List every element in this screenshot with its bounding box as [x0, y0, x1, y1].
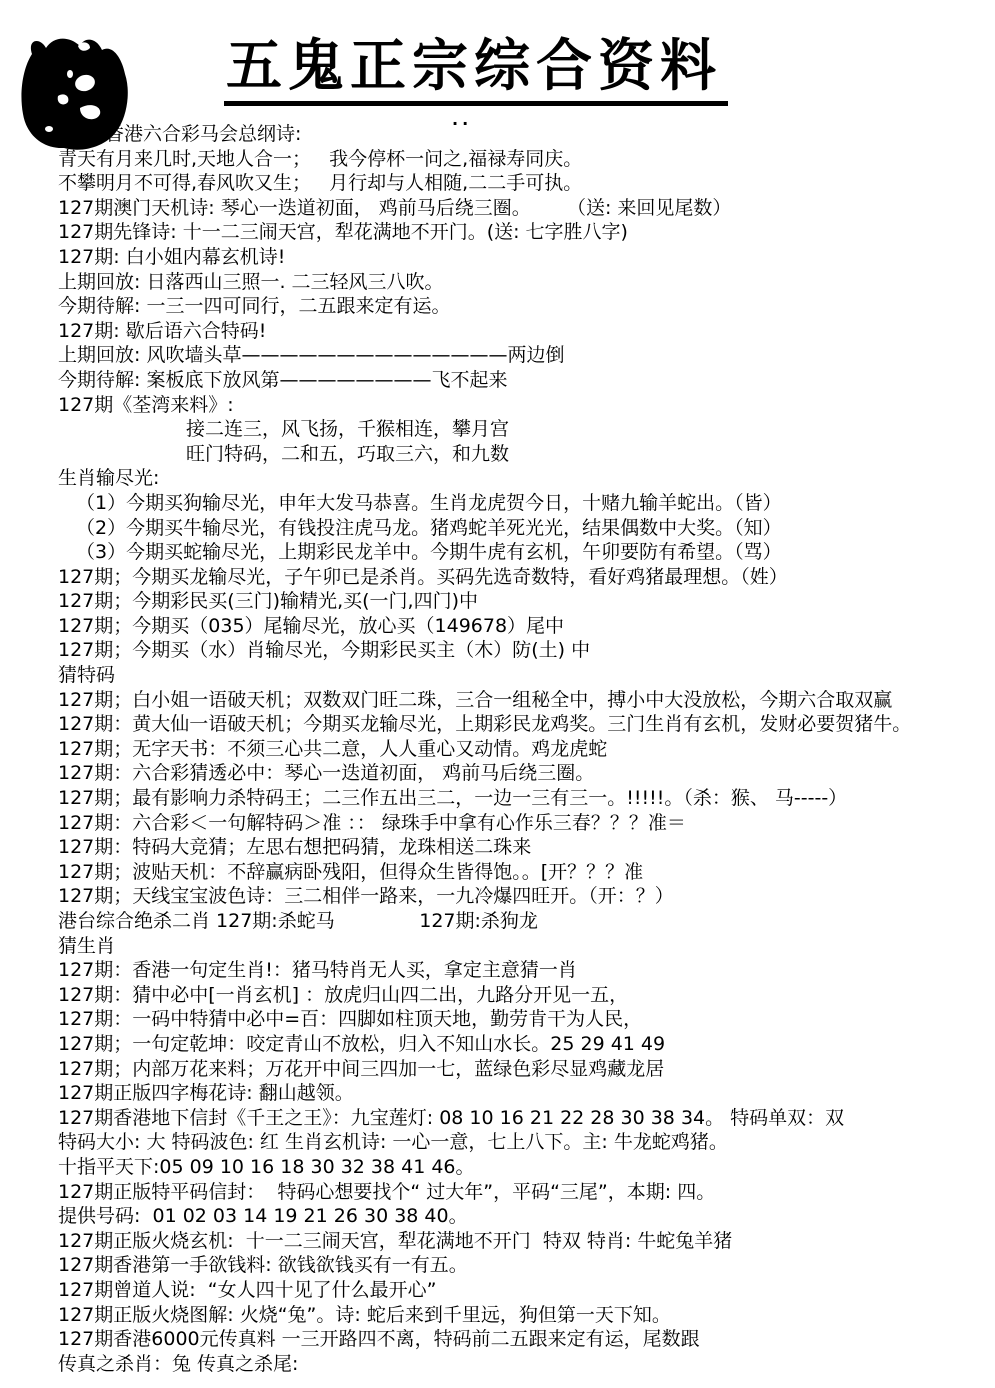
text-line: 127期；今期买龙输尽光，子午卯已是杀肖。买码先选奇数特，看好鸡猪最理想。（姓） [58, 565, 993, 590]
text-line: 提供号码: 01 02 03 14 19 21 26 30 38 40。 [58, 1204, 993, 1229]
text-line: 127期；波贴天机：不辞赢病卧残阳，但得众生皆得饱。。[开？？？准 [58, 860, 993, 885]
text-line: 127期正版四字梅花诗: 翻山越领。 [58, 1081, 993, 1106]
text-line: 127期：六合彩猜透必中：琴心一迭道初面， 鸡前马后绕三圈。 [58, 761, 993, 786]
text-line: 127期：香港一句定生肖!：猪马特肖无人买，拿定主意猜一肖 [58, 958, 993, 983]
text-line: 127期曾道人说: “女人四十见了什么最开心” [58, 1278, 993, 1303]
page-title: 五鬼正宗综合资料 [224, 34, 728, 106]
text-line: （1）今期买狗输尽光，申年大发马恭喜。生肖龙虎贺今日，十赌九输羊蛇出。（皆） [58, 491, 993, 516]
text-line: 猜特码 [58, 663, 993, 688]
text-line: 127期；今期买（035）尾输尽光，放心买（149678）尾中 [58, 614, 993, 639]
text-line: 今期待解: 一三一四可同行，二五跟来定有运。 [58, 294, 993, 319]
text-line: 127期香港地下信封《千王之王》：九宝莲灯: 08 10 16 21 22 28… [58, 1106, 993, 1131]
document-lines: 香港六合彩马会总纲诗:青天有月来几时,天地人合一； 我今停杯一问之,福禄寿同庆。… [58, 122, 993, 1376]
document-page: 五鬼正宗综合资料 .. 香港六合彩马会总纲诗:青天有月来几时,天地人合一； 我今… [0, 0, 995, 1388]
text-line: （3）今期买蛇输尽光，上期彩民龙羊中。今期牛虎有玄机，午卯要防有希望。（骂） [58, 540, 993, 565]
text-line: 上期回放: 风吹墙头草——————————————两边倒 [58, 343, 993, 368]
text-line: 127期正版火烧玄机: 十一二三闹天宫，犁花满地不开门 特双 特肖: 牛蛇兔羊猪 [58, 1229, 993, 1254]
text-line: 127期；一句定乾坤：咬定青山不放松，归入不知山水长。25 29 41 49 [58, 1032, 993, 1057]
text-line: 接二连三，风飞扬，千猴相连，攀月宫 [58, 417, 993, 442]
text-line: 港台综合绝杀二肖 127期:杀蛇马 127期:杀狗龙 [58, 909, 993, 934]
text-line: 生肖输尽光: [58, 466, 993, 491]
text-line: 127期正版特平码信封： 特码心想要找个“ 过大年”，平码“三尾”，本期: 四。 [58, 1180, 993, 1205]
text-line: 上期回放: 日落西山三照一. 二三轻风三八吹。 [58, 270, 993, 295]
text-line: 十指平天下:05 09 10 16 18 30 32 38 41 46。 [58, 1155, 993, 1180]
text-line: 不攀明月不可得,春风吹又生； 月行却与人相随,二二手可执。 [58, 171, 993, 196]
text-line: 127期: 歇后语六合特码! [58, 319, 993, 344]
text-line: 127期；天线宝宝波色诗：三二相伴一路来，一九冷爆四旺开。（开：？） [58, 884, 993, 909]
text-line: 香港六合彩马会总纲诗: [58, 122, 993, 147]
text-line: 127期正版火烧图解: 火烧“兔”。诗: 蛇后来到千里远，狗但第一天下知。 [58, 1303, 993, 1328]
text-line: 127期先锋诗: 十一二三闹天宫，犁花满地不开门。(送: 七字胜八字) [58, 220, 993, 245]
text-line: 127期《荃湾来料》: [58, 393, 993, 418]
text-line: 传真之杀肖：兔 传真之杀尾: [58, 1352, 993, 1377]
text-line: 青天有月来几时,天地人合一； 我今停杯一问之,福禄寿同庆。 [58, 147, 993, 172]
text-line: 127期；今期彩民买(三门)输精光,买(一门,四门)中 [58, 589, 993, 614]
text-line: 127期香港第一手欲钱料: 欲钱欲钱买有一有五。 [58, 1253, 993, 1278]
text-line: 127期；白小姐一语破天机；双数双门旺二珠，三合一组秘全中，搏小中大没放松，今期… [58, 688, 993, 713]
text-line: 今期待解: 案板底下放风第————————飞不起来 [58, 368, 993, 393]
text-line: 127期香港6000元传真料 一三开路四不离，特码前二五跟来定有运，尾数跟 [58, 1327, 993, 1352]
text-line: 127期: 白小姐内幕玄机诗! [58, 245, 993, 270]
text-line: 127期；内部万花来料；万花开中间三四加一七，蓝绿色彩尽显鸡藏龙居 [58, 1057, 993, 1082]
text-line: 127期澳门天机诗: 琴心一迭道初面， 鸡前马后绕三圈。 （送: 来回见尾数） [58, 196, 993, 221]
text-line: 127期：特码大竞猜；左思右想把码猜，龙珠相送二珠来 [58, 835, 993, 860]
text-line: 127期；今期买（水）肖输尽光，今期彩民买主（木）防(土) 中 [58, 638, 993, 663]
text-line: 127期：六合彩＜一句解特码＞准 ：： 绿珠手中拿有心作乐三春？？？准＝ [58, 811, 993, 836]
text-line: 猜生肖 [58, 934, 993, 959]
text-line: 127期：黄大仙一语破天机；今期买龙输尽光，上期彩民龙鸡奖。三门生肖有玄机，发财… [58, 712, 993, 737]
text-line: 127期；无字天书：不须三心共二意，人人重心又动情。鸡龙虎蛇 [58, 737, 993, 762]
text-line: 旺门特码，二和五，巧取三六，和九数 [58, 442, 993, 467]
text-line: 127期：猜中必中[一肖玄机] ：放虎归山四二出，九路分开见一五， [58, 983, 993, 1008]
text-line: 127期：一码中特猜中必中=百：四脚如柱顶天地，勤劳肯干为人民， [58, 1007, 993, 1032]
text-line: 特码大小: 大 特码波色: 红 生肖玄机诗: 一心一意，七上八下。主: 牛龙蛇鸡… [58, 1130, 993, 1155]
text-line: 127期；最有影响力杀特码王；二三作五出三二，一边一三有三一。!!!!!。（杀：… [58, 786, 993, 811]
text-line: （2）今期买牛输尽光，有钱投注虎马龙。猪鸡蛇羊死光光，结果偶数中大奖。（知） [58, 516, 993, 541]
